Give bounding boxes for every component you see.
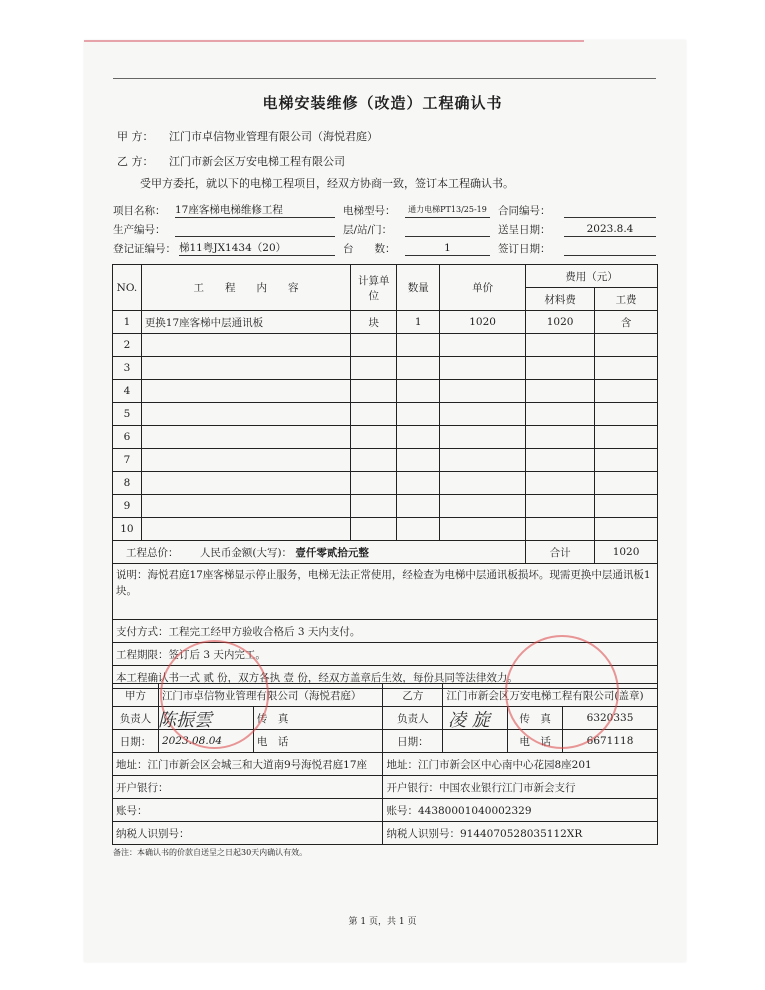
registration-no-label: 登记证编号： bbox=[113, 241, 176, 256]
project-name: 17座客梯电梯维修工程 bbox=[175, 203, 335, 218]
elevator-model: 通力电梯PT13/25-19 bbox=[405, 203, 490, 218]
cell-qty bbox=[397, 472, 440, 495]
cell-unit bbox=[351, 472, 397, 495]
page-indicator: 第 1 页，共 1 页 bbox=[0, 914, 765, 927]
cell-price: 1020 bbox=[440, 311, 526, 334]
production-no bbox=[175, 222, 335, 237]
party-b-bank: 开户银行：中国农业银行江门市新会支行 bbox=[383, 776, 658, 799]
cell-no: 5 bbox=[113, 403, 142, 426]
party-b-account: 账号：44380001040002329 bbox=[383, 799, 658, 822]
table-row: 4 bbox=[113, 380, 658, 403]
cell-material bbox=[526, 472, 595, 495]
table-row: 1更换17座客梯中层通讯板块110201020含 bbox=[113, 311, 658, 334]
cell-material bbox=[526, 357, 595, 380]
total-row: 工程总价： 人民币金额(大写)： 壹仟零贰拾元整 bbox=[113, 541, 526, 564]
cell-price bbox=[440, 472, 526, 495]
cell-content bbox=[141, 380, 350, 403]
sign-date-label: 签订日期： bbox=[498, 241, 551, 256]
party-b-stamp bbox=[505, 635, 619, 749]
cell-content bbox=[141, 403, 350, 426]
cell-unit bbox=[351, 449, 397, 472]
sum-label: 合计 bbox=[526, 541, 595, 564]
units-label: 台 数： bbox=[343, 241, 396, 256]
cell-content bbox=[141, 449, 350, 472]
sum-value: 1020 bbox=[595, 541, 658, 564]
cell-material bbox=[526, 426, 595, 449]
party-b-signature-mark: 凌 旋 bbox=[448, 706, 490, 732]
col-fee: 费用（元） bbox=[526, 265, 658, 288]
table-row: 6 bbox=[113, 426, 658, 449]
cell-unit bbox=[351, 403, 397, 426]
cell-price bbox=[440, 495, 526, 518]
cell-price bbox=[440, 357, 526, 380]
col-content: 工 程 内 容 bbox=[141, 265, 350, 311]
document-title: 电梯安装维修（改造）工程确认书 bbox=[0, 92, 765, 113]
cell-content bbox=[141, 518, 350, 541]
cell-material bbox=[526, 403, 595, 426]
items-table: NO. 工 程 内 容 计算单位 数量 单价 费用（元） 材料费 工费 1更换1… bbox=[112, 264, 658, 689]
cell-price bbox=[440, 518, 526, 541]
cell-labor bbox=[595, 472, 658, 495]
cell-material bbox=[526, 380, 595, 403]
cell-material bbox=[526, 518, 595, 541]
cell-price bbox=[440, 403, 526, 426]
party-b-tax-id: 纳税人识别号：9144070528035112XR bbox=[383, 822, 658, 845]
col-no: NO. bbox=[113, 265, 142, 311]
table-row: 10 bbox=[113, 518, 658, 541]
cell-no: 6 bbox=[113, 426, 142, 449]
col-price: 单价 bbox=[440, 265, 526, 311]
cell-qty bbox=[397, 380, 440, 403]
party-a-stamp bbox=[160, 640, 269, 749]
cell-labor bbox=[595, 334, 658, 357]
header-rule bbox=[113, 78, 656, 79]
cell-unit: 块 bbox=[351, 311, 397, 334]
cell-unit bbox=[351, 380, 397, 403]
cell-labor bbox=[595, 357, 658, 380]
cell-no: 2 bbox=[113, 334, 142, 357]
party-a: 甲 方：江门市卓信物业管理有限公司（海悦君庭） bbox=[117, 128, 378, 144]
table-row: 9 bbox=[113, 495, 658, 518]
cell-material bbox=[526, 334, 595, 357]
party-b-address: 地址：江门市新会区中心南中心花园8座201 bbox=[383, 753, 658, 776]
cell-content bbox=[141, 472, 350, 495]
remark: 备注：本确认书的价款自送呈之日起30天内确认有效。 bbox=[113, 847, 307, 858]
cell-no: 4 bbox=[113, 380, 142, 403]
intro-text: 受甲方委托，就以下的电梯工程项目，经双方协商一致，签订本工程确认书。 bbox=[140, 175, 514, 191]
registration-no: 梯11粤JX1434（20） bbox=[179, 241, 335, 256]
submit-date: 2023.8.4 bbox=[564, 222, 656, 237]
cell-unit bbox=[351, 518, 397, 541]
cell-qty bbox=[397, 403, 440, 426]
cell-price bbox=[440, 449, 526, 472]
cell-unit bbox=[351, 357, 397, 380]
cell-material: 1020 bbox=[526, 311, 595, 334]
col-labor: 工费 bbox=[595, 288, 658, 311]
cell-unit bbox=[351, 334, 397, 357]
cell-qty: 1 bbox=[397, 311, 440, 334]
description: 说明：海悦君庭17座客梯显示停止服务，电梯无法正常使用，经检查为电梯中层通讯板损… bbox=[113, 564, 658, 620]
cell-unit bbox=[351, 495, 397, 518]
party-a-signature-mark: 陈振雲 bbox=[158, 706, 212, 732]
contract-no bbox=[564, 203, 656, 218]
cell-qty bbox=[397, 518, 440, 541]
party-a-address: 地址：江门市新会区会城三和大道南9号海悦君庭17座 bbox=[113, 753, 383, 776]
cell-qty bbox=[397, 495, 440, 518]
cell-labor bbox=[595, 518, 658, 541]
col-material: 材料费 bbox=[526, 288, 595, 311]
cell-material bbox=[526, 495, 595, 518]
amount-words: 壹仟零贰拾元整 bbox=[295, 547, 369, 559]
cell-no: 10 bbox=[113, 518, 142, 541]
table-row: 3 bbox=[113, 357, 658, 380]
col-qty: 数量 bbox=[397, 265, 440, 311]
cell-qty bbox=[397, 357, 440, 380]
cell-qty bbox=[397, 426, 440, 449]
cell-price bbox=[440, 334, 526, 357]
cell-no: 3 bbox=[113, 357, 142, 380]
floors bbox=[405, 222, 490, 237]
table-row: 2 bbox=[113, 334, 658, 357]
cell-labor: 含 bbox=[595, 311, 658, 334]
cell-qty bbox=[397, 334, 440, 357]
cell-price bbox=[440, 380, 526, 403]
submit-date-label: 送呈日期： bbox=[498, 222, 551, 237]
cell-content bbox=[141, 495, 350, 518]
table-row: 5 bbox=[113, 403, 658, 426]
units: 1 bbox=[405, 241, 490, 256]
cell-content: 更换17座客梯中层通讯板 bbox=[141, 311, 350, 334]
cell-no: 8 bbox=[113, 472, 142, 495]
cell-labor bbox=[595, 449, 658, 472]
cell-qty bbox=[397, 449, 440, 472]
sign-date bbox=[564, 241, 656, 256]
cell-labor bbox=[595, 380, 658, 403]
model-label: 电梯型号： bbox=[343, 203, 396, 218]
cell-material bbox=[526, 449, 595, 472]
party-b: 乙 方：江门市新会区万安电梯工程有限公司 bbox=[117, 153, 345, 169]
cell-no: 1 bbox=[113, 311, 142, 334]
production-no-label: 生产编号： bbox=[113, 222, 166, 237]
floors-label: 层/站/门： bbox=[343, 222, 392, 237]
cell-labor bbox=[595, 495, 658, 518]
table-row: 7 bbox=[113, 449, 658, 472]
cell-labor bbox=[595, 426, 658, 449]
project-name-label: 项目名称： bbox=[113, 203, 166, 218]
cell-no: 7 bbox=[113, 449, 142, 472]
cell-no: 9 bbox=[113, 495, 142, 518]
paper-edge bbox=[84, 40, 584, 42]
contract-no-label: 合同编号： bbox=[498, 203, 551, 218]
cell-content bbox=[141, 426, 350, 449]
col-unit: 计算单位 bbox=[351, 265, 397, 311]
cell-price bbox=[440, 426, 526, 449]
cell-content bbox=[141, 357, 350, 380]
cell-labor bbox=[595, 403, 658, 426]
cell-content bbox=[141, 334, 350, 357]
table-row: 8 bbox=[113, 472, 658, 495]
cell-unit bbox=[351, 426, 397, 449]
